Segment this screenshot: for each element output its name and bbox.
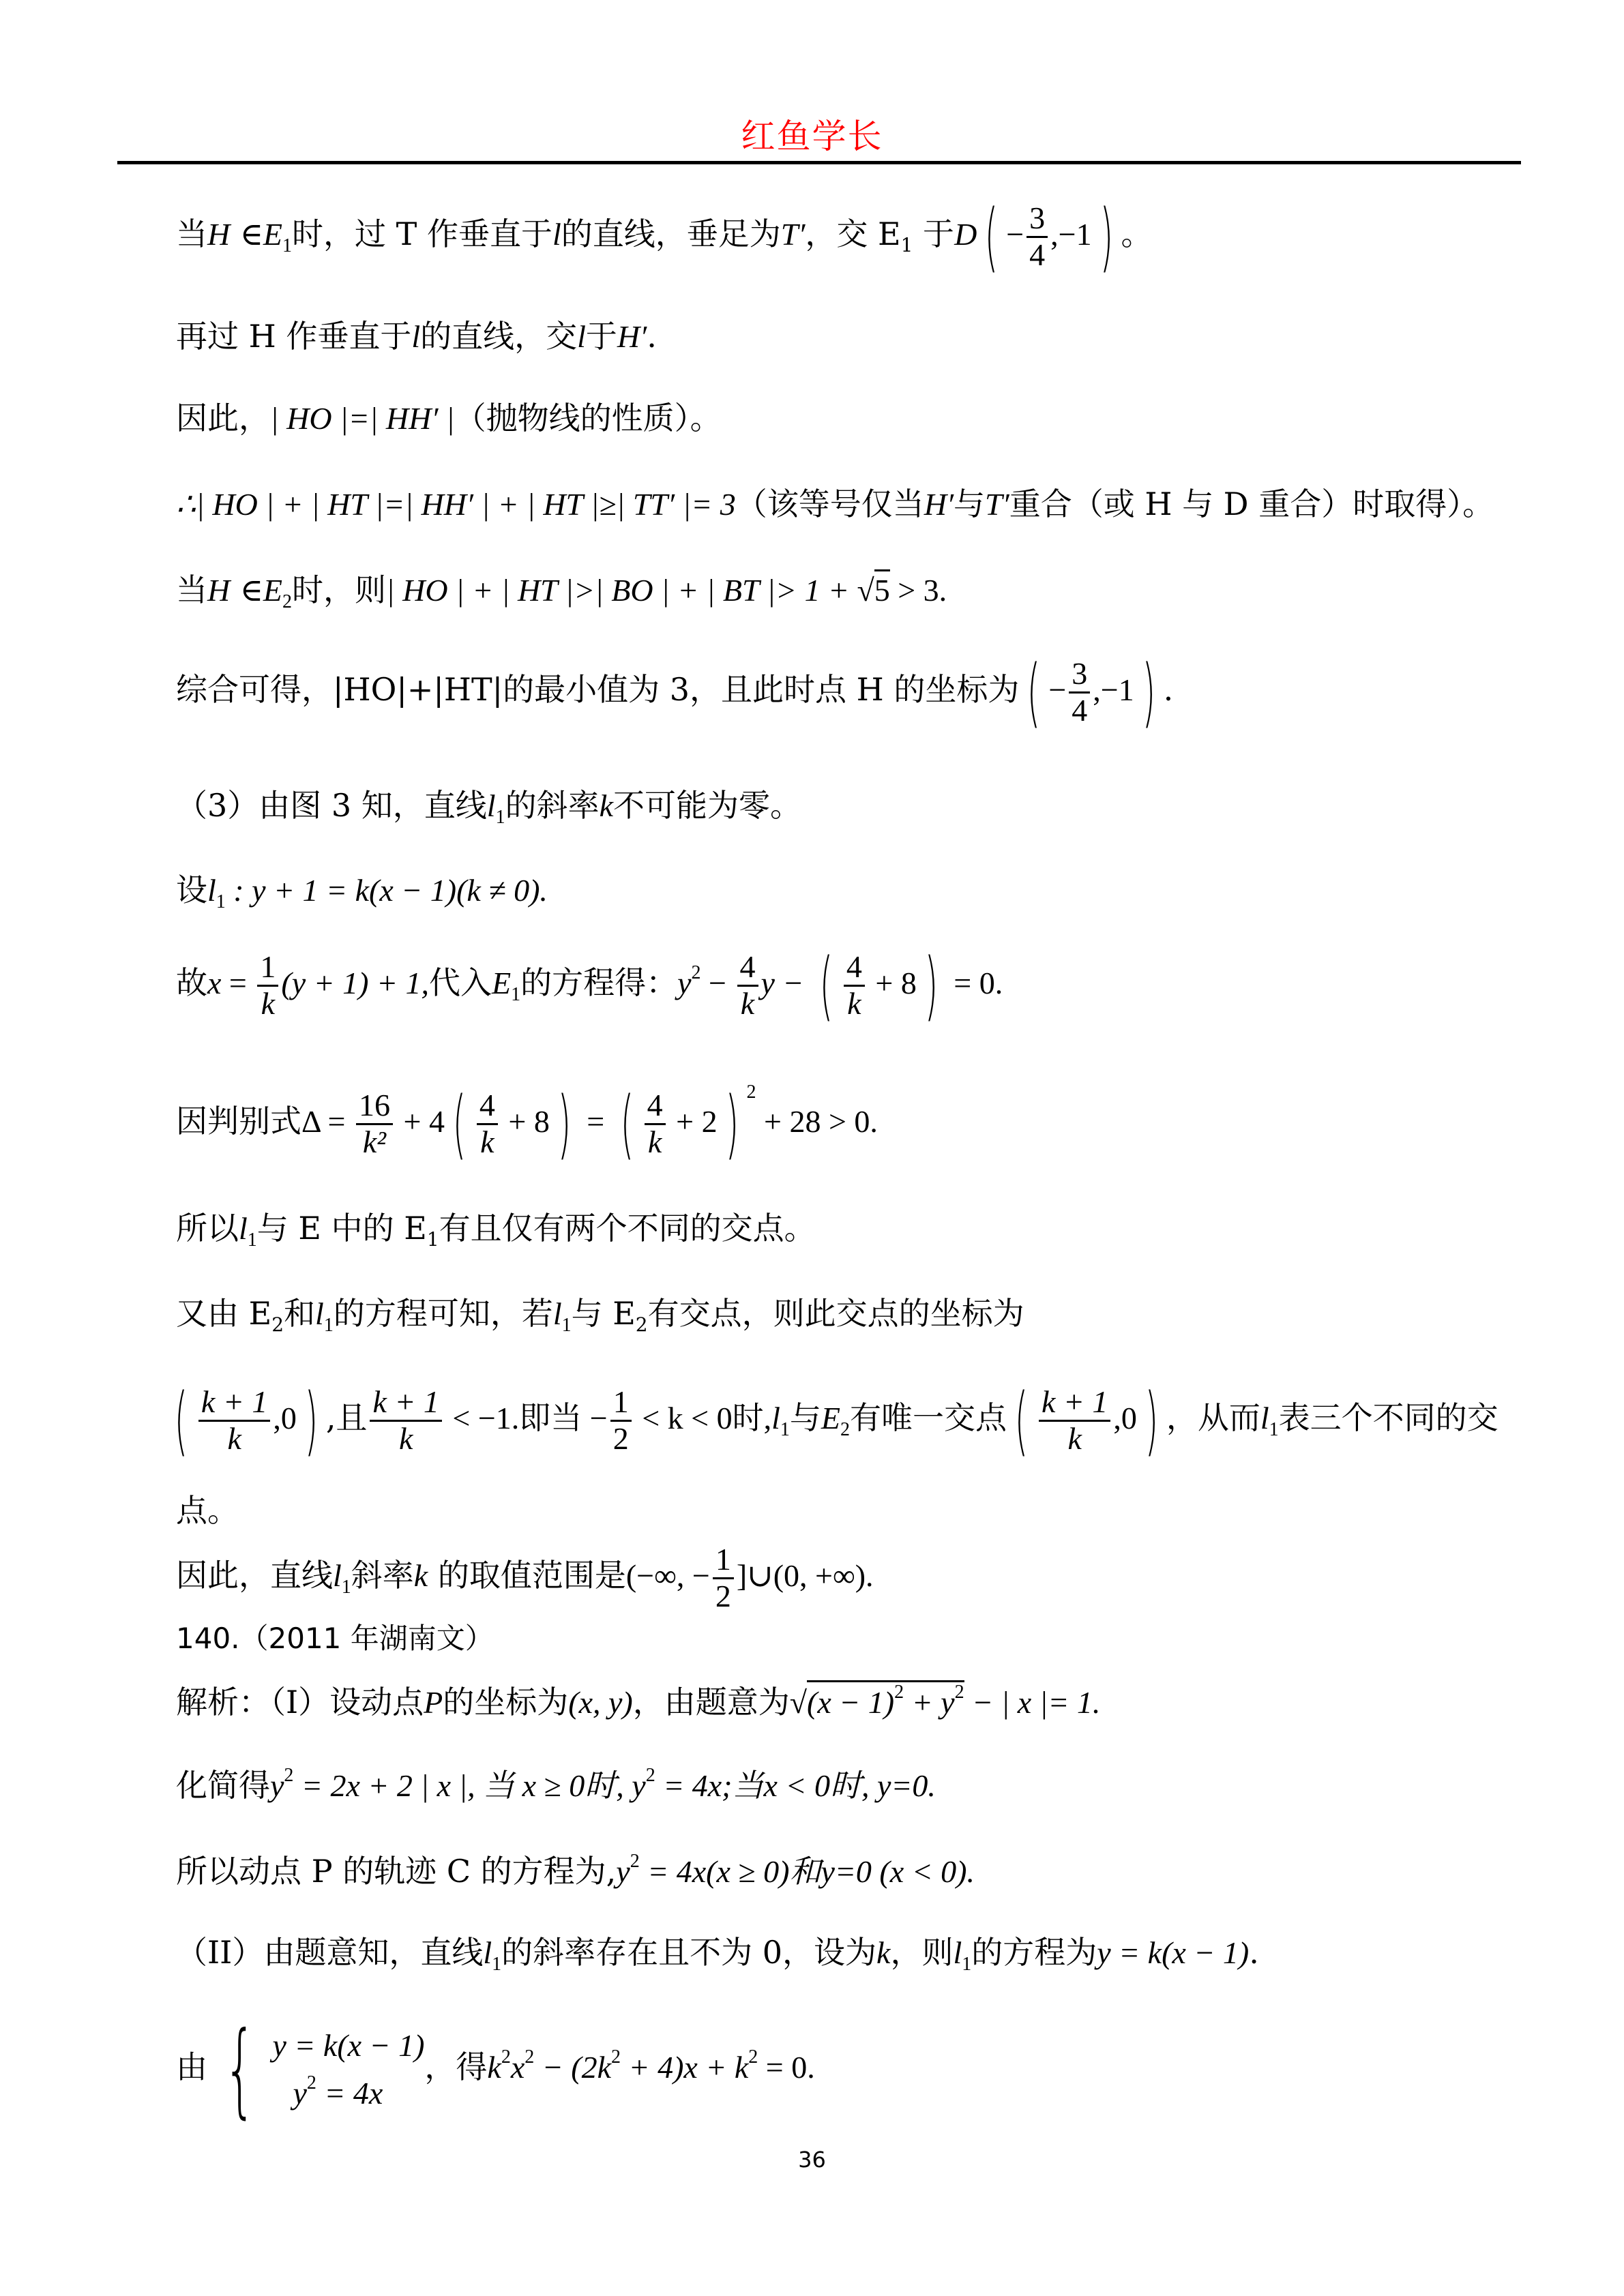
math-var: T′	[781, 217, 806, 252]
fraction: 34	[1027, 201, 1048, 272]
math-var: H	[207, 573, 230, 608]
numerator: k + 1	[198, 1385, 270, 1422]
subscript: 1	[511, 984, 520, 1005]
text: ，交 E	[805, 215, 900, 252]
denominator: k	[645, 1125, 664, 1160]
right-paren: )	[558, 1086, 571, 1161]
math-var: l	[333, 1558, 342, 1593]
numerator: 4	[477, 1088, 498, 1125]
text-line-21: 由{y = k(x − 1)y2 = 4x，得k2x2 − (2k2 + 4)x…	[176, 2018, 815, 2121]
math-expression: + y	[904, 1685, 954, 1720]
fraction: 34	[1069, 657, 1090, 728]
denominator: 2	[713, 1579, 734, 1614]
problem-number-heading: 140.（2011 年湖南文）	[176, 1624, 494, 1653]
subscript: 1	[496, 807, 505, 828]
fraction: k + 1k	[1039, 1385, 1110, 1456]
text-line-10: 因判别式Δ = 16k² + 4(4k + 8) = (4k + 2)2 + 2…	[176, 1083, 878, 1161]
text: 与 E 中的 E	[257, 1210, 427, 1247]
fraction: 4k	[844, 950, 865, 1021]
math-var: l	[552, 217, 561, 252]
subscript: 1	[427, 1228, 439, 1251]
denominator: k	[738, 987, 757, 1022]
math-var: l	[1260, 1401, 1269, 1435]
text: 不可能为零。	[613, 787, 801, 824]
text: 。	[1121, 215, 1153, 252]
math-symbol: −	[701, 966, 735, 1000]
denominator: k	[259, 987, 278, 1022]
text-line-9: 故x = 1k(y + 1) + 1,代入E1的方程得：y2 − 4ky − (…	[176, 948, 1003, 1023]
superscript: 2	[747, 1082, 756, 1103]
text: 的坐标为	[443, 1684, 568, 1720]
math-expression: = 4x;当x < 0时, y=0.	[655, 1768, 936, 1803]
subscript: 2	[840, 1419, 850, 1440]
text: 解析：（I）设动点	[176, 1684, 424, 1720]
math-expression: y −	[761, 966, 812, 1000]
page-number: 36	[0, 2147, 1624, 2173]
fraction: 12	[610, 1385, 632, 1456]
math-var: l	[553, 1296, 562, 1331]
text-line-5: 当H ∈E2时，则| HO | + | HT |>| BO | + | BT |…	[176, 574, 947, 612]
subscript: 1	[1269, 1419, 1279, 1440]
text-line-8: 设l1 : y + 1 = k(x − 1)(k ≠ 0).	[176, 874, 548, 912]
math-var: D	[954, 217, 977, 252]
left-paren: (	[1027, 655, 1040, 730]
text: 所以动点 P 的轨迹 C 的方程为,	[176, 1853, 616, 1890]
left-paren: (	[621, 1086, 634, 1161]
numerator: 1	[257, 950, 278, 987]
right-paren: )	[925, 948, 938, 1023]
math-var: x	[207, 966, 221, 1000]
text: 再过 H 作垂直于	[176, 318, 411, 355]
right-paren: )	[725, 1086, 738, 1161]
text: 斜率	[351, 1557, 414, 1594]
text: ,且	[326, 1399, 368, 1436]
text: 又由 E	[176, 1295, 271, 1332]
text: 故	[176, 964, 207, 1001]
superscript: 2	[525, 2046, 534, 2068]
subscript: 1	[962, 1954, 971, 1975]
text: .	[1164, 671, 1174, 708]
text: ，从而	[1166, 1399, 1260, 1436]
text: .	[647, 318, 657, 355]
text: 时，过 T 作垂直于	[292, 215, 552, 252]
denominator: 4	[1069, 694, 1090, 728]
text: 的方程得：	[520, 964, 677, 1001]
math-var: E	[492, 966, 511, 1000]
math-expression: Δ =	[301, 1104, 353, 1139]
text: 代入	[429, 964, 492, 1001]
subscript: 1	[901, 234, 913, 256]
subscript: 1	[562, 1315, 572, 1336]
text: 因此，直线	[176, 1557, 333, 1594]
text-line-18: 化简得y2 = 2x + 2 | x |, 当 x ≥ 0时, y2 = 4x;…	[176, 1766, 936, 1802]
math-expression: − (2k	[534, 2050, 611, 2085]
denominator: k	[844, 987, 863, 1022]
math-text: + 8	[501, 1104, 550, 1139]
text-line-2: 再过 H 作垂直于l的直线，交l于H′.	[176, 320, 657, 353]
text: 时，则	[292, 571, 386, 608]
math-var: l	[487, 788, 496, 823]
left-paren: (	[1015, 1383, 1028, 1458]
superscript: 2	[894, 1682, 904, 1703]
text-line-4: ∴| HO | + | HT |=| HH′ | + | HT |≥| TT′ …	[176, 488, 1494, 520]
math-text: + 8	[868, 966, 917, 1000]
math-var: E	[263, 217, 282, 252]
math-symbol: =	[579, 1104, 612, 1139]
math-var: l	[207, 873, 216, 908]
text: 因判别式	[176, 1103, 301, 1139]
text-line-13: (k + 1k,0),且k + 1k < −1.即当 −12 < k < 0时,…	[176, 1383, 1498, 1458]
text-line-12: 又由 E2和l1的方程可知，若l1与 E2有交点，则此交点的坐标为	[176, 1298, 1024, 1335]
text-line-14: 点。	[176, 1495, 239, 1526]
subscript: 2	[271, 1313, 284, 1336]
superscript: 2	[955, 1682, 964, 1703]
subscript: 1	[780, 1419, 790, 1440]
math-symbol: −	[1006, 217, 1024, 252]
left-paren: (	[985, 199, 998, 274]
math-expression: : y + 1 = k(x − 1)(k ≠ 0).	[226, 873, 548, 908]
text: 化简得	[176, 1767, 270, 1804]
text-line-1: 当H ∈E1时，过 T 作垂直于l的直线，垂足为T′，交 E1 于D(−34,−…	[176, 199, 1153, 274]
math-text: ,−1	[1050, 217, 1091, 252]
text: （该等号仅当	[736, 486, 924, 522]
fraction: 4k	[477, 1088, 498, 1159]
subscript: 1	[282, 235, 292, 256]
text: 的斜率存在且不为 0，设为	[501, 1934, 876, 1971]
text: （3）由图 3 知，直线	[176, 787, 487, 824]
math-var: y	[293, 2076, 306, 2111]
superscript: 2	[692, 962, 701, 983]
math-text: ,0	[1113, 1401, 1137, 1435]
numerator: 4	[844, 950, 865, 987]
subscript: 1	[324, 1315, 334, 1336]
numerator: 16	[356, 1088, 393, 1125]
text: 的取值范围是	[428, 1557, 626, 1594]
text: 当	[176, 215, 207, 252]
math-symbol: ∈	[240, 217, 263, 252]
superscript: 2	[646, 1765, 655, 1786]
text-line-11: 所以l1与 E 中的 E1有且仅有两个不同的交点。	[176, 1212, 816, 1250]
left-brace: {	[224, 2018, 256, 2121]
fraction: k + 1k	[198, 1385, 270, 1456]
text: 于	[586, 318, 617, 355]
math-var: H′	[924, 487, 954, 522]
fraction: k + 1k	[370, 1385, 441, 1456]
subscript: 2	[636, 1313, 648, 1336]
text-line-19: 所以动点 P 的轨迹 C 的方程为,y2 = 4x(x ≥ 0)和y=0 (x …	[176, 1852, 975, 1888]
denominator: k	[1065, 1422, 1084, 1457]
text: 与	[790, 1399, 821, 1436]
fraction: 4k	[737, 950, 758, 1021]
text-line-20: （II）由题意知，直线l1的斜率存在且不为 0，设为k，则l1的方程为y = k…	[176, 1937, 1259, 1974]
text: 的斜率	[505, 787, 600, 824]
fraction: 4k	[645, 1088, 666, 1159]
math-var: y	[677, 966, 691, 1000]
math-var: l	[577, 319, 586, 354]
superscript: 2	[307, 2072, 316, 2093]
text: 与 E	[572, 1295, 636, 1332]
math-var: T′	[985, 487, 1009, 522]
sqrt-icon: √	[790, 1685, 807, 1720]
text: ，得	[424, 2048, 487, 2085]
header-divider	[117, 161, 1521, 164]
subscript: 2	[282, 591, 292, 612]
math-var: l	[315, 1296, 324, 1331]
math-var: l	[411, 319, 420, 354]
text: 综合可得，|HO|+|HT|的最小值为 3，且此时点 H 的坐标为	[176, 671, 1019, 708]
math-var: l	[483, 1935, 492, 1970]
fraction: 12	[713, 1542, 734, 1613]
math-text: ,−1	[1093, 672, 1134, 707]
right-paren: )	[1099, 199, 1112, 274]
superscript: 2	[611, 2046, 621, 2068]
text: 和	[284, 1295, 315, 1332]
math-symbol: ∈	[240, 573, 263, 608]
left-paren: (	[453, 1086, 466, 1161]
text-line-3: 因此，| HO |=| HH′ |（抛物线的性质）。	[176, 402, 722, 434]
text: 的直线，交	[420, 318, 577, 355]
math-text: + 4	[396, 1104, 445, 1139]
text: 的方程为	[971, 1934, 1097, 1971]
text: 表三个不同的交	[1279, 1399, 1498, 1436]
numerator: 4	[645, 1088, 666, 1125]
math-expression: (x, y)	[568, 1685, 632, 1720]
right-paren: )	[305, 1383, 318, 1458]
left-paren: (	[820, 948, 833, 1023]
right-paren: )	[1145, 1383, 1158, 1458]
math-var: H	[207, 217, 230, 252]
text: 140.（2011 年湖南文）	[176, 1622, 494, 1655]
math-expression: | HO | + | HT |>| BO | + | BT |> 1 +	[386, 573, 857, 608]
math-var: l	[239, 1211, 248, 1246]
math-text: + 2	[668, 1104, 718, 1139]
math-expression: (y + 1) + 1,	[281, 966, 429, 1000]
math-var: l	[771, 1401, 780, 1435]
math-expression: + 4)x + k	[621, 2050, 748, 2085]
denominator: 4	[1027, 238, 1048, 273]
text: 所以	[176, 1210, 239, 1247]
text-line-7: （3）由图 3 知，直线l1的斜率k不可能为零。	[176, 790, 801, 827]
denominator: 2	[610, 1422, 632, 1457]
math-var: l	[953, 1935, 962, 1970]
numerator: 3	[1027, 201, 1048, 238]
math-var: k	[876, 1935, 890, 1970]
equation-system: y = k(x − 1)y2 = 4x	[272, 2030, 424, 2109]
subscript: 1	[216, 891, 226, 912]
text: 于	[913, 215, 954, 252]
sqrt-icon: √	[857, 573, 874, 608]
math-expression: ∴| HO | + | HT |=| HH′ | + | HT |≥| TT′ …	[176, 487, 736, 522]
math-text: + 28 > 0.	[756, 1104, 878, 1139]
text: 因此，	[176, 400, 270, 436]
math-text: = 0.	[758, 2050, 814, 2085]
math-text: ,0	[273, 1401, 297, 1435]
text: 当	[176, 571, 207, 608]
math-text: > 3.	[890, 573, 947, 608]
math-text: < k < 0时,	[634, 1401, 771, 1435]
math-var: k	[600, 788, 613, 823]
right-paren: )	[1142, 655, 1155, 730]
superscript: 2	[630, 1851, 640, 1872]
math-var: k	[487, 2050, 501, 2085]
subscript: 1	[248, 1229, 257, 1251]
numerator: k + 1	[370, 1385, 441, 1422]
text: 的方程可知，若	[334, 1295, 553, 1332]
math-text: ]∪(0, +∞).	[737, 1558, 874, 1593]
math-var: k	[414, 1558, 428, 1593]
denominator: k	[396, 1422, 415, 1457]
math-var: E	[821, 1401, 840, 1435]
sqrt-radicand: 5	[874, 569, 890, 608]
text: （II）由题意知，直线	[176, 1934, 483, 1971]
math-var: H′	[617, 319, 647, 354]
text: ，则	[890, 1934, 953, 1971]
equation: = 4x	[316, 2076, 383, 2111]
numerator: k + 1	[1039, 1385, 1110, 1422]
superscript: 2	[501, 2046, 511, 2068]
math-expression: = 4x(x ≥ 0)和y=0 (x < 0).	[640, 1854, 975, 1889]
text-line-6: 综合可得，|HO|+|HT|的最小值为 3，且此时点 H 的坐标为(−34,−1…	[176, 655, 1173, 730]
text: 重合（或 H 与 D 重合）时取得）。	[1009, 486, 1494, 522]
text: 有且仅有两个不同的交点。	[439, 1210, 816, 1247]
subscript: 1	[342, 1577, 351, 1598]
text: 有交点，则此交点的坐标为	[648, 1295, 1024, 1332]
text: 点。	[176, 1492, 239, 1529]
math-var: P	[424, 1685, 443, 1720]
text: 的直线，垂足为	[561, 215, 781, 252]
document-header-title: 红鱼学长	[0, 109, 1624, 158]
equation: y = k(x − 1)	[272, 2030, 424, 2061]
math-expression: y = k(x − 1)	[1097, 1935, 1249, 1970]
text: 有唯一交点	[850, 1399, 1007, 1436]
text-line-17: 解析：（I）设动点P的坐标为(x, y)，由题意为√(x − 1)2 + y2 …	[176, 1683, 1100, 1718]
superscript: 2	[284, 1765, 293, 1786]
denominator: k	[224, 1422, 243, 1457]
math-symbol: =	[221, 966, 254, 1000]
math-var: x	[511, 2050, 525, 2085]
math-text: < −1.即当 −	[445, 1401, 608, 1435]
superscript: 2	[748, 2046, 758, 2068]
math-var: y	[616, 1854, 630, 1889]
math-expression: | HO |=| HH′ |	[270, 401, 455, 436]
text: 设	[176, 871, 207, 908]
math-expression: (x − 1)	[807, 1685, 894, 1720]
numerator: 4	[737, 950, 758, 987]
text: ，由题意为	[633, 1684, 790, 1720]
math-text: = 0.	[946, 966, 1003, 1000]
left-paren: (	[175, 1383, 188, 1458]
math-symbol: −	[1048, 672, 1066, 707]
fraction: 1k	[257, 950, 278, 1021]
numerator: 3	[1069, 657, 1090, 694]
math-expression: − | x |= 1.	[964, 1685, 1101, 1720]
denominator: k	[477, 1125, 497, 1160]
math-text: (−∞, −	[626, 1558, 710, 1593]
math-var: y	[270, 1768, 284, 1803]
fraction: 16k²	[356, 1088, 393, 1159]
text: （抛物线的性质）。	[455, 400, 722, 436]
math-expression: = 2x + 2 | x |, 当 x ≥ 0时, y	[293, 1768, 645, 1803]
text: 与	[954, 486, 985, 522]
denominator: k²	[360, 1125, 389, 1160]
numerator: 1	[713, 1542, 734, 1579]
subscript: 1	[492, 1954, 501, 1975]
math-var: E	[263, 573, 282, 608]
text-line-15: 因此，直线l1斜率k 的取值范围是(−∞, −12]∪(0, +∞).	[176, 1542, 874, 1613]
text: 由	[176, 2048, 207, 2085]
text: .	[1249, 1934, 1259, 1971]
numerator: 1	[610, 1385, 632, 1422]
